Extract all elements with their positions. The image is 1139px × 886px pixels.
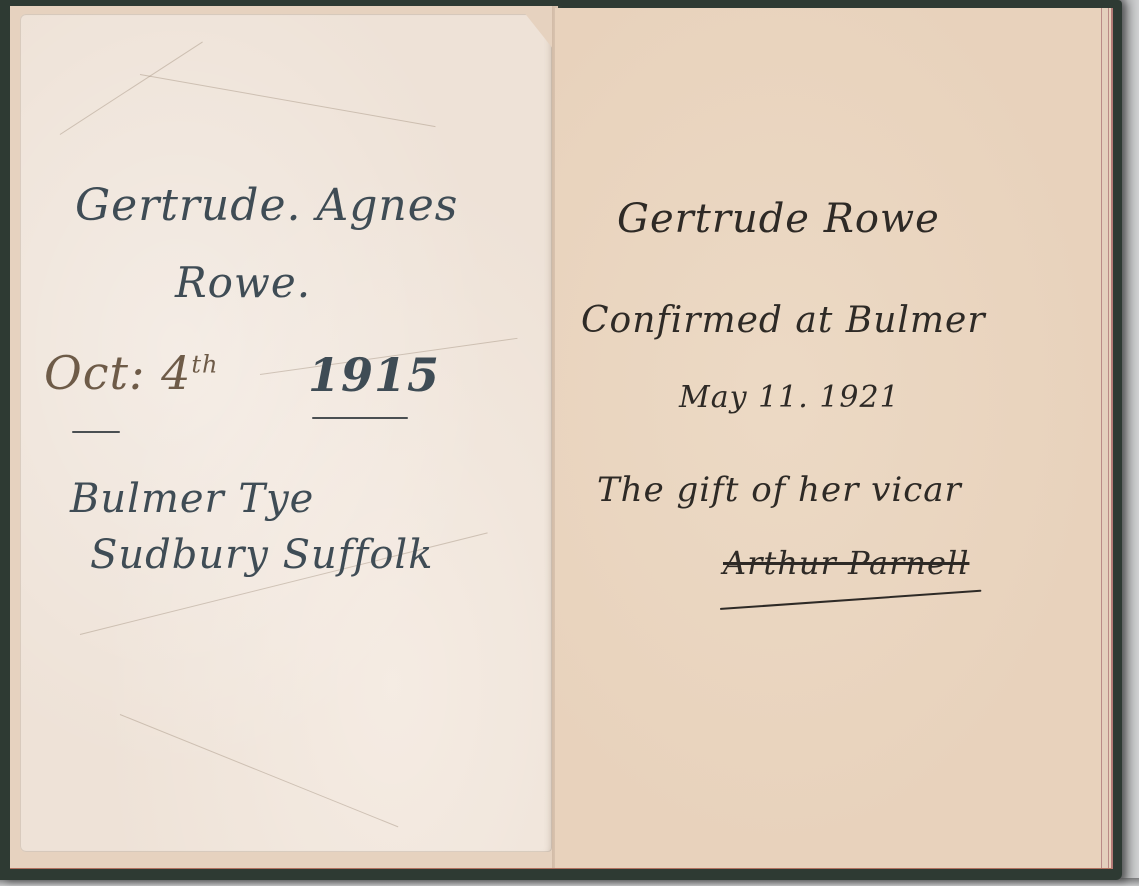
left-endpaper: Gertrude. Agnes Rowe. Oct: 4th 1915 Bulm… [10,6,558,869]
date-suffix: th [191,351,218,379]
inscription-name-line1: Gertrude. Agnes [75,180,458,231]
pasted-paper-slip: Gertrude. Agnes Rowe. Oct: 4th 1915 Bulm… [20,14,552,852]
inscription-date-day: Oct: 4th [44,346,218,400]
signature-underline [720,590,982,610]
paper-crease [60,41,203,134]
underline [72,431,120,433]
paper-crease [140,74,436,127]
page-edge [1101,8,1109,868]
inscription-address-line1: Bulmer Tye [70,476,314,522]
right-page: Gertrude Rowe Confirmed at Bulmer May 11… [555,8,1113,869]
inscription-name-line2: Rowe. [175,258,311,307]
vicar-signature: Arthur Parnell [723,544,969,582]
date-prefix: Oct: 4 [44,346,191,400]
inscription-address-line2: Sudbury Suffolk [90,532,433,578]
dedication-gift-line: The gift of her vicar [597,470,962,510]
dedication-date: May 11. 1921 [679,380,900,415]
dedication-name: Gertrude Rowe [617,196,940,242]
underline [312,417,408,419]
dedication-confirmation: Confirmed at Bulmer [581,300,986,341]
inscription-date-year: 1915 [308,348,440,402]
paper-crease [120,714,399,827]
